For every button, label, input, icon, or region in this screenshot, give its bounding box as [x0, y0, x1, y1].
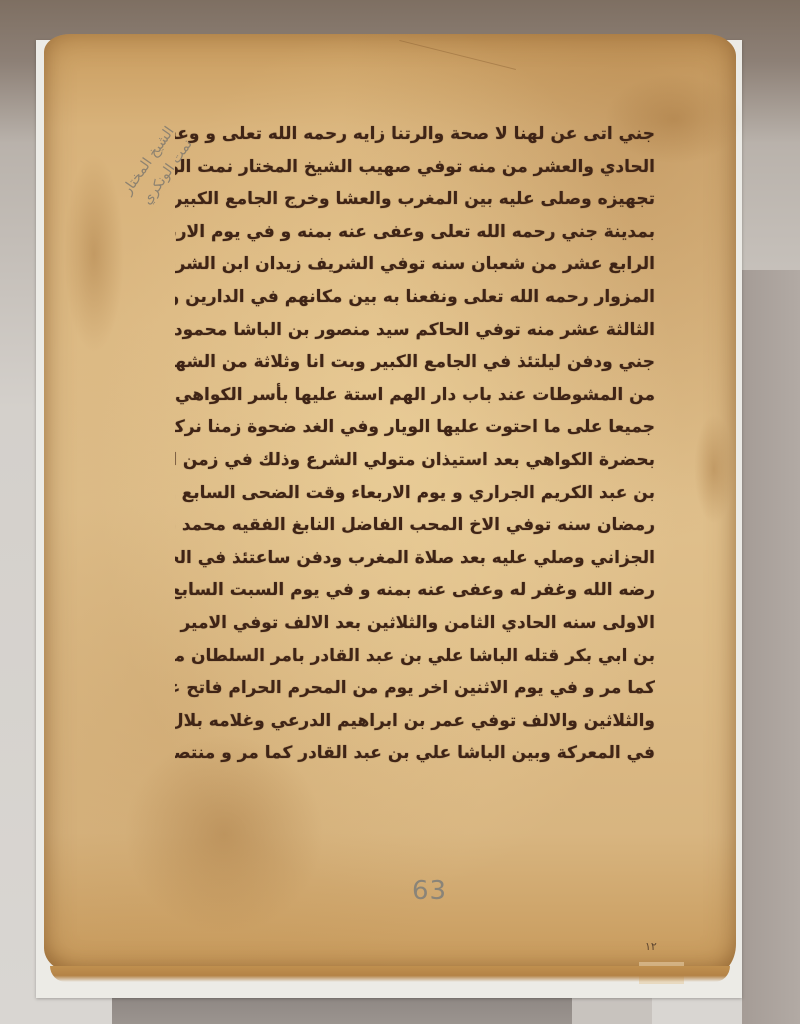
text-line: الثالثة عشر منه توفي الحاكم سيد منصور بن… [175, 314, 655, 347]
text-line: رمضان سنه توفي الاخ المحب الفاضل النابغ … [175, 509, 655, 542]
text-line: في المعركة وبين الباشا علي بن عبد القادر… [175, 737, 655, 770]
text-line: بن عبد الكريم الجراري و يوم الاربعاء وقت… [175, 477, 655, 510]
text-line: جني ودفن ليلتئذ في الجامع الكبير وبت انا… [175, 346, 655, 379]
text-line: بن ابي بكر قتله الباشا علي بن عبد القادر… [175, 640, 655, 673]
text-line: الحادي والعشر من منه توفي صهيب الشيخ الم… [175, 151, 655, 184]
paper-patch [639, 962, 684, 984]
paper-tear [392, 40, 516, 99]
text-line: جميعا على ما احتوت عليها الويار وفي الغد… [175, 411, 655, 444]
display-pedestal-side [572, 996, 652, 1024]
display-pedestal [112, 996, 572, 1024]
text-line: تجهيزه وصلى عليه بين المغرب والعشا وخرج … [175, 183, 655, 216]
manuscript-text: جني اتى عن لهنا لا صحة والرتنا زايه رحمه… [175, 118, 655, 770]
wall-shadow [742, 270, 800, 1024]
water-stain [694, 414, 734, 524]
text-line: والثلاثين والالف توفي عمر بن ابراهيم الد… [175, 705, 655, 738]
text-line: الرابع عشر من شعبان سنه توفي الشريف زيدا… [175, 248, 655, 281]
text-line: رضه الله وغفر له وعفى عنه بمنه و في يوم … [175, 574, 655, 607]
text-line: من المشوطات عند باب دار الهم استة عليها … [175, 379, 655, 412]
text-line: بمدينة جني رحمه الله تعلى وعفى عنه بمنه … [175, 216, 655, 249]
text-line: جني اتى عن لهنا لا صحة والرتنا زايه رحمه… [175, 118, 655, 151]
text-line: بحضرة الكواهي بعد استيذان متولي الشرع وذ… [175, 444, 655, 477]
text-line: الجزاني وصلي عليه بعد صلاة المغرب ودفن س… [175, 542, 655, 575]
text-line: كما مر و في يوم الاثنين اخر يوم من المحر… [175, 672, 655, 705]
text-line: الاولى سنه الحادي الثامن والثلاثين بعد ا… [175, 607, 655, 640]
pencil-number: 63 [412, 876, 447, 906]
folio-number: ١٢ [645, 940, 657, 953]
text-line: المزوار رحمه الله تعلى ونفعنا به بين مكا… [175, 281, 655, 314]
